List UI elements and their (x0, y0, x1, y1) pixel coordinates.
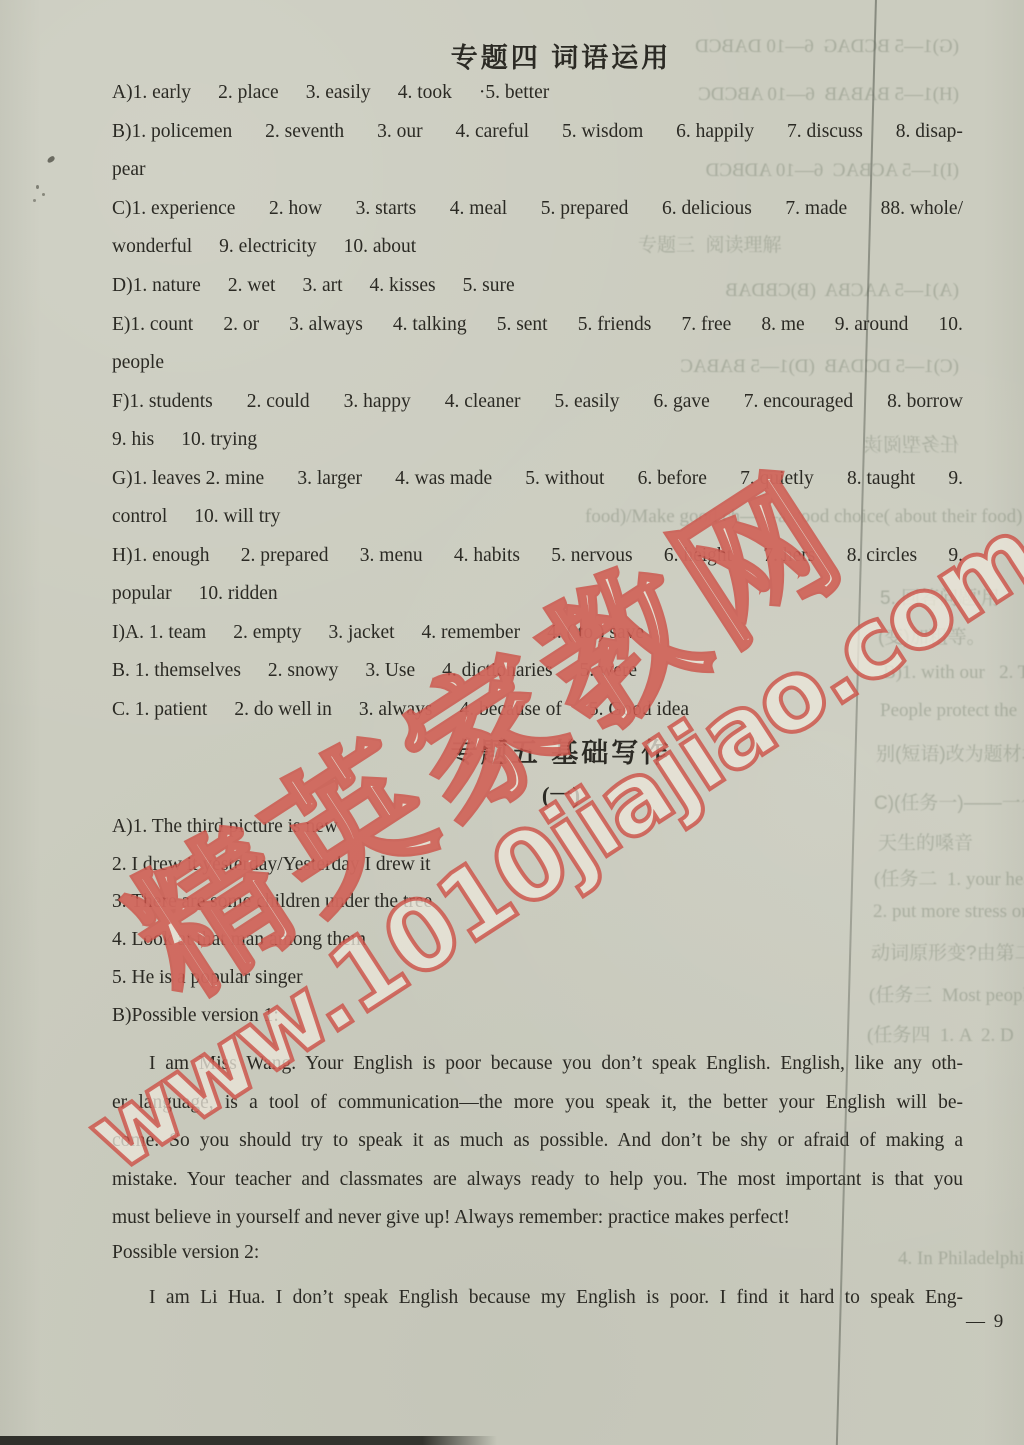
answer-line: C)1. experience2. how3. starts4. meal5. … (112, 190, 963, 229)
writing-answer-line: A)1. The third picture is new (112, 808, 963, 846)
answer-item: 6. height (664, 545, 732, 567)
answer-item: D)1. nature (112, 275, 201, 297)
paragraph-line: come. So you should try to speak it as m… (112, 1122, 963, 1161)
answer-item: 3. easily (306, 82, 371, 104)
subsection-heading: (一) (112, 777, 1010, 810)
answer-item: 8. borrow (887, 391, 963, 413)
answer-line: H)1. enough2. prepared3. menu4. habits5.… (112, 537, 963, 576)
answer-item: 4. took (398, 82, 452, 104)
answer-item: 4. dictionaries (442, 660, 552, 682)
writing-answer-line: 4. Look at that man among them (112, 921, 963, 959)
ink-speck (36, 185, 39, 189)
answer-item: C. 1. patient (112, 699, 207, 721)
answer-item: 9. electricity (219, 236, 316, 258)
writing-answer-line: 5. He is a popular singer (112, 959, 963, 997)
answer-item: 3. always (289, 314, 363, 336)
answer-item: 7. free (681, 314, 731, 336)
answer-item: 7. discuss (787, 121, 863, 143)
answer-item: 5. easily (554, 391, 619, 413)
answer-item: 7. encouraged (744, 391, 853, 413)
answer-item: 5. sent (497, 314, 548, 336)
answer-item: 2. do well in (234, 699, 332, 721)
answer-item: E)1. count (112, 314, 193, 336)
page-bottom-edge (0, 1436, 497, 1445)
answer-item: 3. starts (356, 198, 417, 220)
answer-item: 10. (939, 314, 963, 336)
answer-item: 8. me (761, 314, 804, 336)
answer-item: H)1. enough (112, 545, 209, 567)
answer-item: 4. cleaner (445, 391, 521, 413)
answer-item: 5. nervous (551, 545, 632, 567)
answer-item: 3. happy (344, 391, 411, 413)
answer-item: 8. taught (847, 468, 915, 490)
answer-item: 3. always (359, 699, 433, 721)
answer-item: 3. art (302, 275, 342, 297)
answer-item: 2. snowy (268, 660, 338, 682)
answer-item: 9. his (112, 429, 154, 451)
page-number: — 9 (966, 1311, 1024, 1333)
ink-speck (42, 193, 45, 196)
possible-version2-paragraph: I am Li Hua. I don’t speak English becau… (112, 1279, 963, 1317)
answer-item: 2. wet (228, 275, 276, 297)
answer-line: 9. his10. trying (112, 421, 963, 460)
answer-line: people (112, 344, 963, 383)
answer-line: C. 1. patient2. do well in3. always4. be… (112, 691, 963, 730)
answer-item: 4. kisses (370, 275, 436, 297)
answer-item: 6. happily (676, 121, 754, 143)
possible-version1-paragraph: I am Miss Wang. Your English is poor bec… (112, 1045, 963, 1238)
answer-line: wonderful9. electricity10. about (112, 228, 963, 267)
answer-item: 10. trying (181, 429, 257, 451)
answer-item: 8. disap- (896, 121, 963, 143)
answer-item: B)1. policemen (112, 121, 232, 143)
answer-item: 2. seventh (265, 121, 344, 143)
possible-version2-label: Possible version 2: (112, 1234, 963, 1272)
answer-item: 5. friends (578, 314, 652, 336)
ink-speck (46, 155, 55, 164)
answer-item: F)1. students (112, 391, 213, 413)
answer-item: 2. could (247, 391, 310, 413)
answer-item: 2. prepared (241, 545, 329, 567)
answer-item: 3. jacket (328, 622, 394, 644)
answer-line: D)1. nature2. wet3. art4. kisses5. sure (112, 267, 963, 306)
answer-item: 10. ridden (199, 583, 278, 605)
writing-answers: A)1. The third picture is new2. I drew i… (112, 808, 963, 1035)
answer-item: 2. empty (233, 622, 301, 644)
answer-item: 2. or (223, 314, 259, 336)
answer-item: 9. (948, 545, 963, 567)
answer-line: pear (112, 151, 963, 190)
section5-title: 专题五 基础写作 (112, 731, 1010, 770)
answer-line: E)1. count2. or3. always4. talking5. sen… (112, 305, 963, 344)
answer-item: 2. place (218, 82, 279, 104)
answer-item: pear (112, 159, 146, 181)
writing-answer-line: 3. There are some children under the tre… (112, 884, 963, 922)
answer-item: 7. hers (763, 545, 815, 567)
answer-item: 9. around (835, 314, 909, 336)
answer-item: G)1. leaves 2. mine (112, 468, 264, 490)
word-usage-answers: A)1. early2. place3. easily4. took·5. be… (112, 74, 963, 729)
answer-item: 3. Use (365, 660, 415, 682)
paragraph-line: er language, is a tool of communication—… (112, 1084, 963, 1123)
answer-item: 5. wisdom (562, 121, 643, 143)
answer-item: B. 1. themselves (112, 660, 241, 682)
answer-item: popular (112, 583, 172, 605)
answer-line: popular10. ridden (112, 575, 963, 614)
answer-item: 4. ( to ) save (547, 622, 644, 644)
answer-item: 7. made (785, 198, 847, 220)
answer-item: 3. larger (297, 468, 362, 490)
answer-item: 4. talking (393, 314, 467, 336)
answer-item: 88. whole/ (881, 198, 963, 220)
answer-item: 5. were (580, 660, 637, 682)
answer-item: 10. will try (194, 506, 280, 528)
scanned-page: (G)1—5 BCDAG 6—10 DABCD(H)1—5 BABAB 6—10… (0, 0, 1024, 1445)
answer-line: B. 1. themselves2. snowy3. Use4. diction… (112, 652, 963, 691)
writing-answer-line: B)Possible version 1: (112, 997, 963, 1035)
answer-item: 4. meal (450, 198, 507, 220)
answer-line: A)1. early2. place3. easily4. took·5. be… (112, 74, 963, 113)
answer-line: G)1. leaves 2. mine3. larger4. was made5… (112, 459, 963, 498)
answer-item: 5. without (525, 468, 604, 490)
answer-line: control10. will try (112, 498, 963, 537)
answer-item: 8. circles (847, 545, 917, 567)
answer-item: I)A. 1. team (112, 622, 206, 644)
answer-item: 5. sure (463, 275, 515, 297)
answer-item: 6. gave (653, 391, 709, 413)
answer-item: 4. careful (455, 121, 529, 143)
answer-item: 7. quietly (740, 468, 814, 490)
answer-item: control (112, 506, 167, 528)
answer-item: 2. how (269, 198, 322, 220)
answer-item: 10. about (344, 236, 417, 258)
answer-item: C)1. experience (112, 198, 235, 220)
answer-item: 4. because of (459, 699, 561, 721)
answer-item: 3. our (377, 121, 423, 143)
paragraph-line: mistake. Your teacher and classmates are… (112, 1161, 963, 1200)
ink-speck (33, 199, 36, 202)
writing-answer-line: 2. I drew it yesterday/Yesterday I drew … (112, 846, 963, 884)
paragraph-line: must believe in yourself and never give … (112, 1199, 963, 1238)
answer-line: B)1. policemen2. seventh3. our4. careful… (112, 113, 963, 152)
answer-item: 4. habits (454, 545, 520, 567)
answer-item: people (112, 352, 164, 374)
answer-item: 6. before (638, 468, 707, 490)
answer-item: 9. (948, 468, 963, 490)
answer-item: 4. remember (422, 622, 521, 644)
answer-line: I)A. 1. team2. empty3. jacket4. remember… (112, 614, 963, 653)
answer-item: 4. was made (395, 468, 492, 490)
answer-item: 5. prepared (541, 198, 629, 220)
answer-item: 5. Good idea (589, 699, 689, 721)
answer-item: 3. menu (360, 545, 423, 567)
paragraph-line: I am Miss Wang. Your English is poor bec… (112, 1045, 963, 1084)
answer-item: A)1. early (112, 82, 191, 104)
answer-item: ·5. better (479, 82, 549, 104)
answer-line: F)1. students2. could3. happy4. cleaner5… (112, 382, 963, 421)
answer-item: 6. delicious (662, 198, 752, 220)
answer-item: wonderful (112, 236, 192, 258)
